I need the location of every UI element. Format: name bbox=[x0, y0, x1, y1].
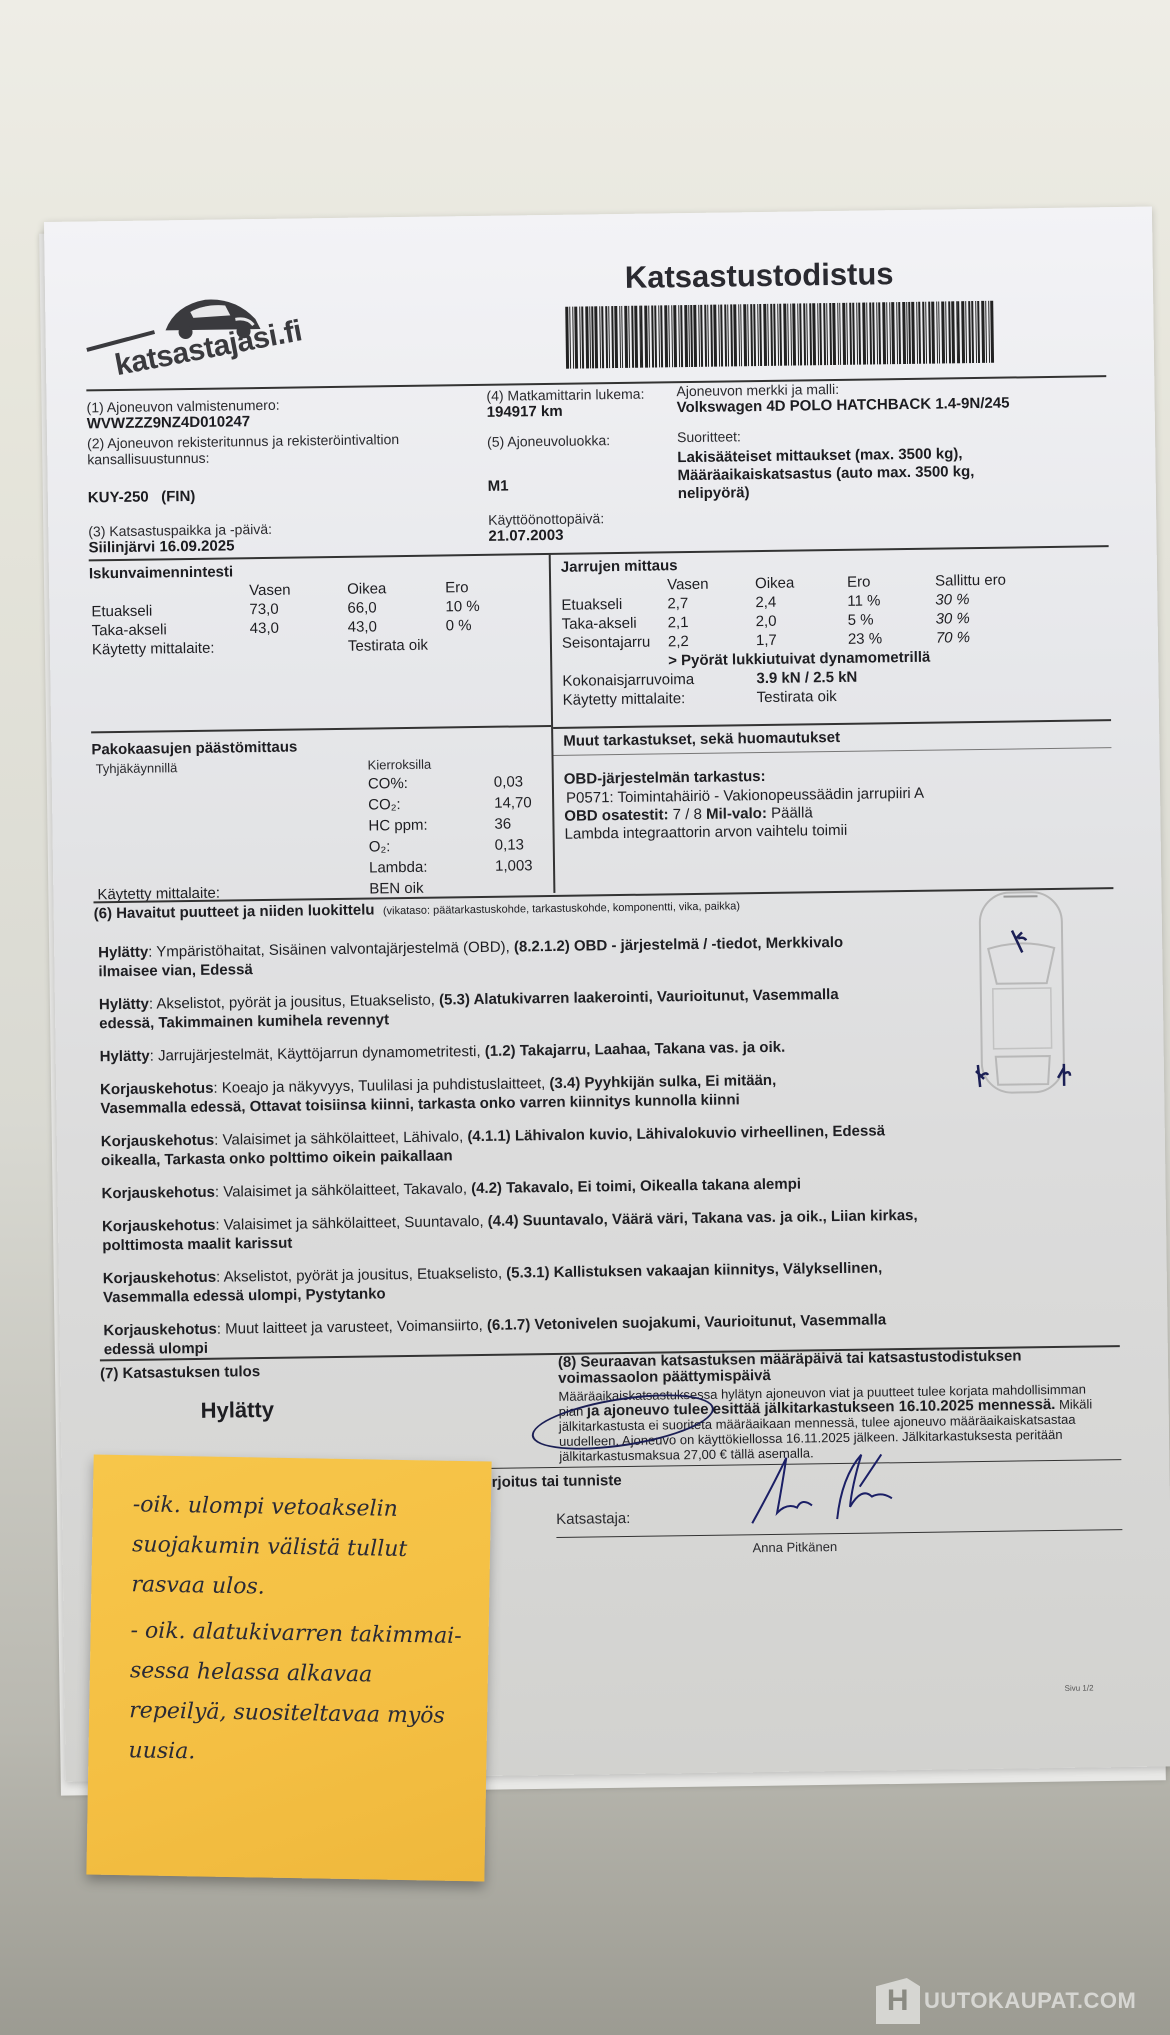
defects-list: Hylätty: Ympäristöhaitat, Sisäinen valvo… bbox=[98, 932, 924, 1373]
reg-value: KUY-250 (FIN) bbox=[88, 488, 196, 506]
car-damage-diagram-icon bbox=[965, 888, 1078, 1100]
signature-icon bbox=[741, 1446, 912, 1528]
brake-test-title: Jarrujen mittaus bbox=[561, 557, 678, 576]
first-use-label: Käyttöönottopäivä: bbox=[488, 510, 604, 528]
defect-item: Hylätty: Akselistot, pyörät ja jousitus,… bbox=[99, 985, 859, 1034]
logo: katsastajasi.fi bbox=[85, 288, 326, 381]
barcode bbox=[565, 301, 996, 369]
defect-item: Korjauskehotus: Valaisimet ja sähkölaitt… bbox=[102, 1206, 922, 1255]
shock-test-title: Iskunvaimennintesti bbox=[89, 563, 233, 582]
emissions-table: CO%:0,03 CO₂:14,70 HC ppm:36 O₂:0,13 Lam… bbox=[368, 771, 541, 878]
page-indicator: Sivu 1/2 bbox=[1065, 1683, 1094, 1692]
sticky-note-line: rasvaa ulos. bbox=[131, 1565, 472, 1611]
services-label: Suoritteet: bbox=[677, 428, 741, 445]
document-title: Katsastustodistus bbox=[625, 256, 894, 296]
defect-item: Korjauskehotus: Akselistot, pyörät ja jo… bbox=[103, 1258, 923, 1307]
defect-item: Hylätty: Jarrujärjestelmät, Käyttöjarrun… bbox=[100, 1037, 860, 1067]
obd-title: OBD-järjestelmän tarkastus: bbox=[564, 768, 766, 788]
rpm-label: Kierroksilla bbox=[368, 757, 432, 773]
vin-value: WVWZZZ9NZ4D010247 bbox=[87, 413, 251, 432]
defect-item: Korjauskehotus: Valaisimet ja sähkölaitt… bbox=[101, 1173, 921, 1203]
table-row: HC ppm:36 bbox=[368, 813, 540, 836]
sticky-note: -oik. ulompi vetoakselinsuojakumin välis… bbox=[86, 1455, 491, 1882]
vin-label: (1) Ajoneuvon valmistenumero: bbox=[86, 397, 279, 416]
sticky-note-line: -oik. ulompi vetoakselin bbox=[132, 1485, 473, 1531]
sticky-note-line: sessa helassa alkavaa bbox=[130, 1651, 471, 1697]
class-label: (5) Ajoneuvoluokka: bbox=[487, 432, 610, 450]
sticky-note-line: uusia. bbox=[128, 1731, 469, 1777]
watermark-logo-icon: H bbox=[876, 1978, 920, 2024]
odometer-value: 194917 km bbox=[487, 403, 563, 421]
brake-test-table: VasenOikeaEroSallittu ero Etuakseli2,72,… bbox=[561, 570, 1016, 709]
emissions-title: Pakokaasujen päästömittaus bbox=[91, 739, 297, 759]
table-row: O₂:0,13 bbox=[369, 834, 541, 857]
services-value: Lakisääteiset mittaukset (max. 3500 kg),… bbox=[677, 444, 1028, 503]
defect-item: Hylätty: Ympäristöhaitat, Sisäinen valvo… bbox=[98, 933, 858, 982]
table-row: Lambda:1,003 bbox=[369, 855, 541, 878]
inspector-label: Katsastaja: bbox=[556, 1510, 630, 1528]
result-title: (7) Katsastuksen tulos bbox=[100, 1363, 260, 1382]
other-checks-title: Muut tarkastukset, sekä huomautukset bbox=[563, 729, 840, 750]
emissions-device: BEN oik bbox=[369, 879, 423, 899]
class-value: M1 bbox=[488, 478, 509, 495]
watermark-text: UUTOKAUPAT.COM bbox=[924, 1988, 1136, 2014]
sticky-note-line: suojakumin välistä tullut bbox=[132, 1525, 473, 1571]
next-inspection-title: (8) Seuraavan katsastuksen määräpäivä ta… bbox=[558, 1347, 1098, 1387]
make-value: Volkswagen 4D POLO HATCHBACK 1.4-9N/245 bbox=[677, 395, 1010, 417]
place-date-label: (3) Katsastuspaikka ja -päivä: bbox=[88, 521, 272, 540]
defect-item: Korjauskehotus: Valaisimet ja sähkölaitt… bbox=[101, 1121, 921, 1170]
watermark: H UUTOKAUPAT.COM bbox=[876, 1978, 1136, 2024]
table-row: CO%:0,03 bbox=[368, 771, 540, 794]
inspector-name: Anna Pitkänen bbox=[752, 1539, 837, 1555]
lambda-note: Lambda integraattorin arvon vaihtelu toi… bbox=[564, 821, 847, 844]
defect-item: Korjauskehotus: Koeajo ja näkyvyys, Tuul… bbox=[100, 1070, 860, 1119]
first-use-value: 21.07.2003 bbox=[488, 527, 563, 545]
result-value: Hylätty bbox=[200, 1397, 274, 1424]
sticky-note-line: repeilyä, suositeltavaa myös bbox=[129, 1691, 470, 1737]
reg-label: (2) Ajoneuvon rekisteritunnus ja rekiste… bbox=[87, 431, 417, 468]
idle-label: Tyhjäkäynnillä bbox=[96, 760, 178, 776]
place-date-value: Siilinjärvi 16.09.2025 bbox=[88, 537, 234, 556]
odometer-label: (4) Matkamittarin lukema: bbox=[486, 386, 644, 404]
table-row: CO₂:14,70 bbox=[368, 792, 540, 815]
sticky-note-line: - oik. alatukivarren takimmai- bbox=[130, 1611, 471, 1657]
sticky-note-text: -oik. ulompi vetoakselinsuojakumin välis… bbox=[128, 1485, 473, 1777]
shock-test-table: VasenOikeaEro Etuakseli73,066,010 % Taka… bbox=[91, 578, 488, 660]
